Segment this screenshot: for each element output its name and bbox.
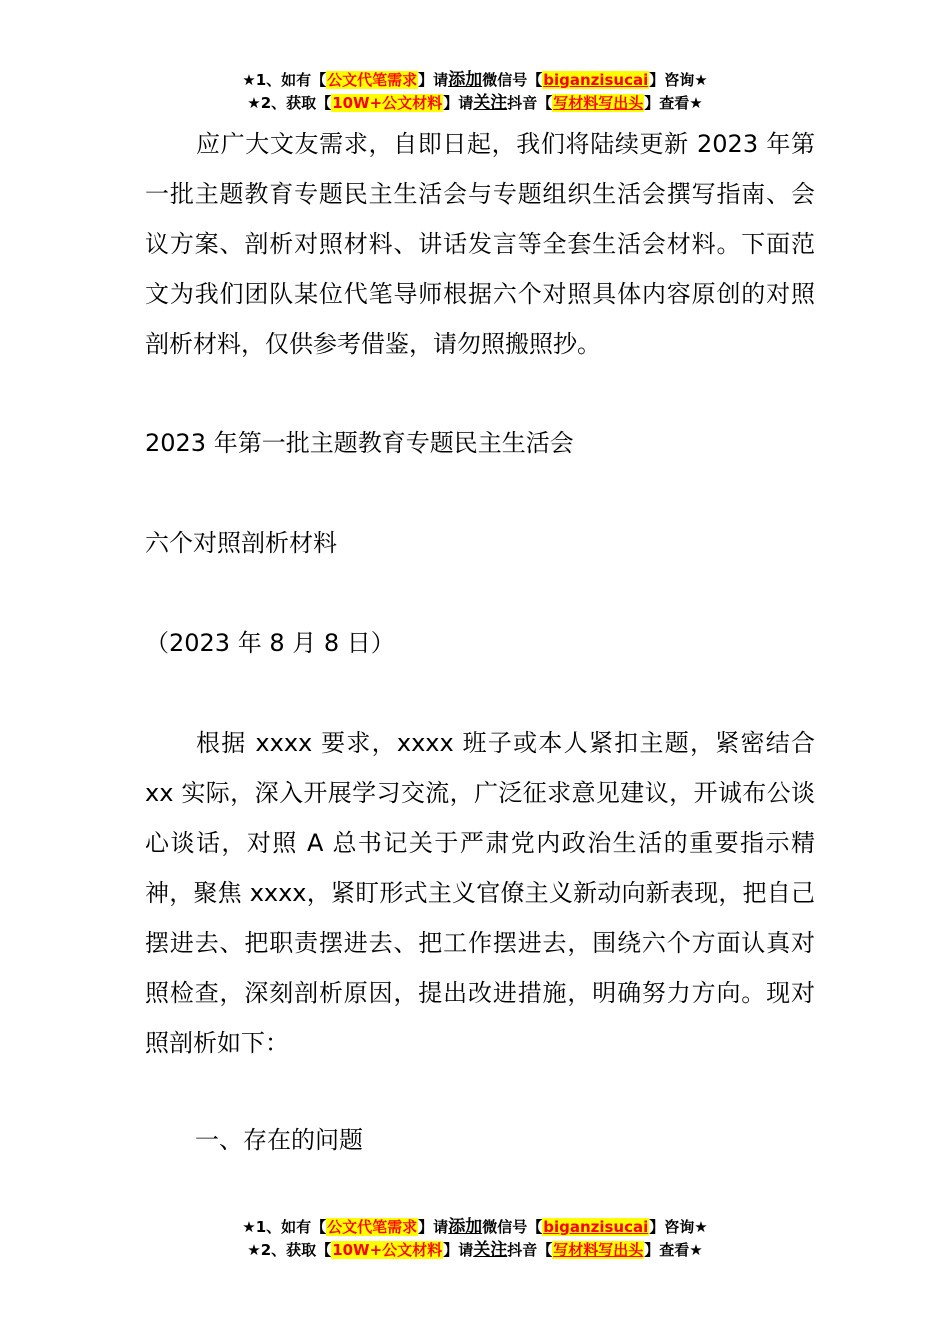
promo-highlight-materials: 10W+公文材料 <box>331 94 443 112</box>
promo-line-2-suffix: 】查看★ <box>644 1241 702 1259</box>
promo-line-2: ★2、获取【10W+公文材料】请关注抖音【写材料写出头】查看★ <box>0 92 950 115</box>
promo-line-2: ★2、获取【10W+公文材料】请关注抖音【写材料写出头】查看★ <box>0 1239 950 1262</box>
promo-highlight-service: 公文代笔需求 <box>326 71 418 89</box>
promo-line-1-suffix: 】咨询★ <box>649 71 707 89</box>
promo-douyin-id: 写材料写出头 <box>552 1241 644 1259</box>
promo-line-2-mid: 】请 <box>443 94 473 112</box>
promo-emphasis-follow: 关注 <box>473 93 507 113</box>
promo-line-1-suffix: 】咨询★ <box>649 1218 707 1236</box>
promo-wechat-id: biganzisucai <box>542 71 649 89</box>
promo-wechat-id: biganzisucai <box>542 1218 649 1236</box>
promo-line-1-mid: 】请 <box>418 71 448 89</box>
promo-line-1-prefix: ★1、如有【 <box>242 71 326 89</box>
promo-line-1-mid: 】请 <box>418 1218 448 1236</box>
promo-line-2-mid: 】请 <box>443 1241 473 1259</box>
promo-line-2-mid2: 抖音【 <box>507 94 552 112</box>
intro-paragraph: 应广大文友需求，自即日起，我们将陆续更新 2023 年第一批主题教育专题民主生活… <box>145 119 815 369</box>
promo-line-1-mid2: 微信号【 <box>482 71 542 89</box>
document-date: （2023 年 8 月 8 日） <box>145 618 815 668</box>
promo-emphasis-follow: 关注 <box>473 1240 507 1260</box>
section-heading-problems: 一、存在的问题 <box>195 1115 865 1165</box>
promo-highlight-service: 公文代笔需求 <box>326 1218 418 1236</box>
promo-highlight-materials: 10W+公文材料 <box>331 1241 443 1259</box>
promo-line-2-suffix: 】查看★ <box>644 94 702 112</box>
promo-emphasis-add: 添加 <box>448 70 482 90</box>
promo-line-2-prefix: ★2、获取【 <box>247 94 331 112</box>
footer-promo-banner: ★1、如有【公文代笔需求】请添加微信号【biganzisucai】咨询★ ★2、… <box>0 1216 950 1262</box>
header-promo-banner: ★1、如有【公文代笔需求】请添加微信号【biganzisucai】咨询★ ★2、… <box>0 69 950 115</box>
promo-line-2-mid2: 抖音【 <box>507 1241 552 1259</box>
promo-emphasis-add: 添加 <box>448 1217 482 1237</box>
document-title-line-1: 2023 年第一批主题教育专题民主生活会 <box>145 418 815 468</box>
promo-line-1-prefix: ★1、如有【 <box>242 1218 326 1236</box>
body-paragraph: 根据 xxxx 要求，xxxx 班子或本人紧扣主题，紧密结合 xx 实际，深入开… <box>145 718 815 1068</box>
promo-line-1-mid2: 微信号【 <box>482 1218 542 1236</box>
document-title-line-2: 六个对照剖析材料 <box>145 518 815 568</box>
promo-line-2-prefix: ★2、获取【 <box>247 1241 331 1259</box>
promo-line-1: ★1、如有【公文代笔需求】请添加微信号【biganzisucai】咨询★ <box>0 1216 950 1239</box>
promo-line-1: ★1、如有【公文代笔需求】请添加微信号【biganzisucai】咨询★ <box>0 69 950 92</box>
promo-douyin-id: 写材料写出头 <box>552 94 644 112</box>
